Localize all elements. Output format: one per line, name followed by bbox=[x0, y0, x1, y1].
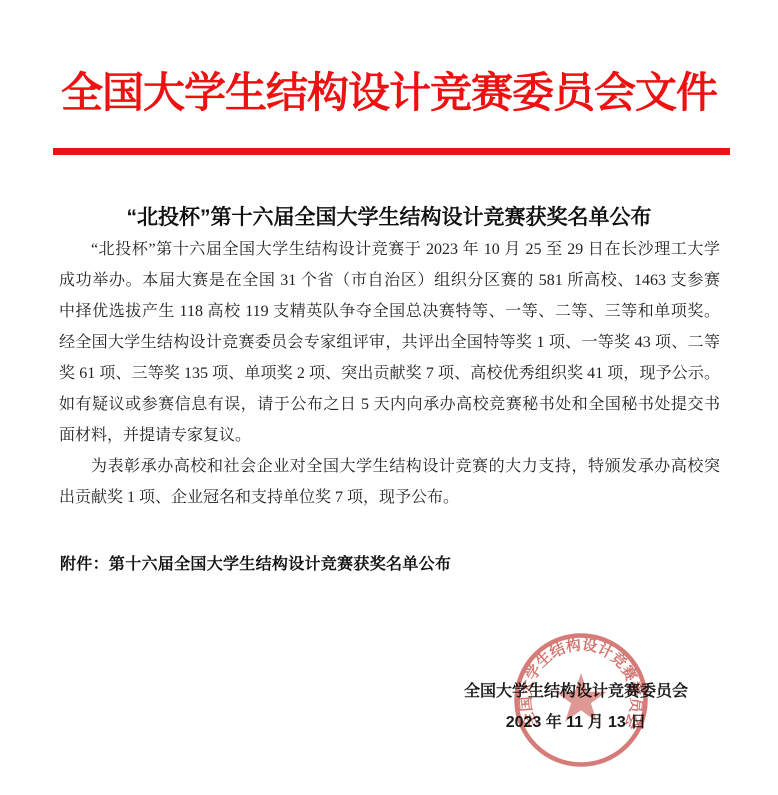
body-line: “北投杯”第十六届全国大学生结构设计竞赛于 2023 年 10 月 25 至 2… bbox=[59, 234, 720, 265]
attachment-note: 附件：第十六届全国大学生结构设计竞赛获奖名单公布 bbox=[60, 551, 451, 574]
body-line: 奖 61 项、三等奖 135 项、单项奖 2 项、突出贡献奖 7 项、高校优秀组… bbox=[59, 358, 720, 389]
seal-star-icon bbox=[555, 673, 606, 722]
document-title: “北投杯”第十六届全国大学生结构设计竞赛获奖名单公布 bbox=[0, 201, 778, 231]
official-seal-stamp: 全国大学生结构设计竞赛委员会 bbox=[497, 616, 665, 784]
body-line: 经全国大学生结构设计竞赛委员会专家组评审，共评出全国特等奖 1 项、一等奖 43… bbox=[59, 327, 720, 358]
red-divider-rule bbox=[53, 148, 730, 155]
body-line: 成功举办。本届大赛是在全国 31 个省（市自治区）组织分区赛的 581 所高校、… bbox=[59, 265, 720, 296]
body-line: 为表彰承办高校和社会企业对全国大学生结构设计竞赛的大力支持，特颁发承办高校突 bbox=[59, 451, 720, 482]
body-line: 如有疑议或参赛信息有误，请于公布之日 5 天内向承办高校竞赛秘书处和全国秘书处提… bbox=[59, 389, 720, 420]
document-body: “北投杯”第十六届全国大学生结构设计竞赛于 2023 年 10 月 25 至 2… bbox=[59, 234, 720, 513]
official-document-page: 全国大学生结构设计竞赛委员会文件 “北投杯”第十六届全国大学生结构设计竞赛获奖名… bbox=[0, 0, 778, 795]
body-line: 出贡献奖 1 项、企业冠名和支持单位奖 7 项，现予公布。 bbox=[59, 482, 720, 513]
letterhead-org-title: 全国大学生结构设计竞赛委员会文件 bbox=[0, 68, 778, 120]
body-line: 面材料，并提请专家复议。 bbox=[59, 420, 720, 451]
body-line: 中择优选拔产生 118 高校 119 支精英队争夺全国总决赛特等、一等、二等、三… bbox=[59, 296, 720, 327]
